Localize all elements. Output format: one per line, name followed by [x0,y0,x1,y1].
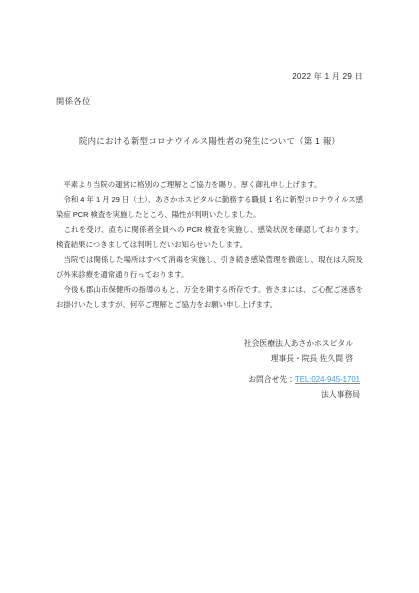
contact-department: 法人事務局 [248,387,360,402]
contact-line: お問合せ先：TEL:024-945-1701 [248,372,360,387]
document-date: 2022 年 1 月 29 日 [292,71,363,82]
paragraph-response: これを受け、直ちに関係者全員への PCR 検査を実施し、感染状況を確認しておりま… [56,222,363,252]
signature-block: 社会医療法人あさかホスピタル 理事長・院長 佐久間 啓 [244,336,353,366]
document-title: 院内における新型コロナウイルス陽性者の発生について（第 1 報） [0,135,419,147]
recipient-line: 関係各位 [56,96,91,107]
contact-label: お問合せ先： [248,375,295,384]
signature-organization: 社会医療法人あさかホスピタル [244,336,353,351]
signature-signer: 理事長・院長 佐久間 啓 [244,351,353,366]
contact-block: お問合せ先：TEL:024-945-1701 法人事務局 [248,372,360,402]
phone-link[interactable]: TEL:024-945-1701 [295,375,360,384]
paragraph-disinfection: 当院では関係した場所はすべて消毒を実施し、引き続き感染管理を徹底し、現在は入院及… [56,252,363,282]
paragraph-greeting: 平素より当院の運営に格別のご理解とご協力を賜り、厚く御礼申し上げます。 [56,177,363,192]
document-page: 2022 年 1 月 29 日 関係各位 院内における新型コロナウイルス陽性者の… [0,0,419,593]
document-body: 平素より当院の運営に格別のご理解とご協力を賜り、厚く御礼申し上げます。 令和 4… [56,177,363,312]
paragraph-closing: 今後も郡山市保健所の指導のもと、万全を期する所存です。皆さまには、ご心配ご迷惑を… [56,282,363,312]
paragraph-incident: 令和 4 年 1 月 29 日（土）、あさかホスピタルに勤務する職員 1 名に新… [56,192,363,222]
